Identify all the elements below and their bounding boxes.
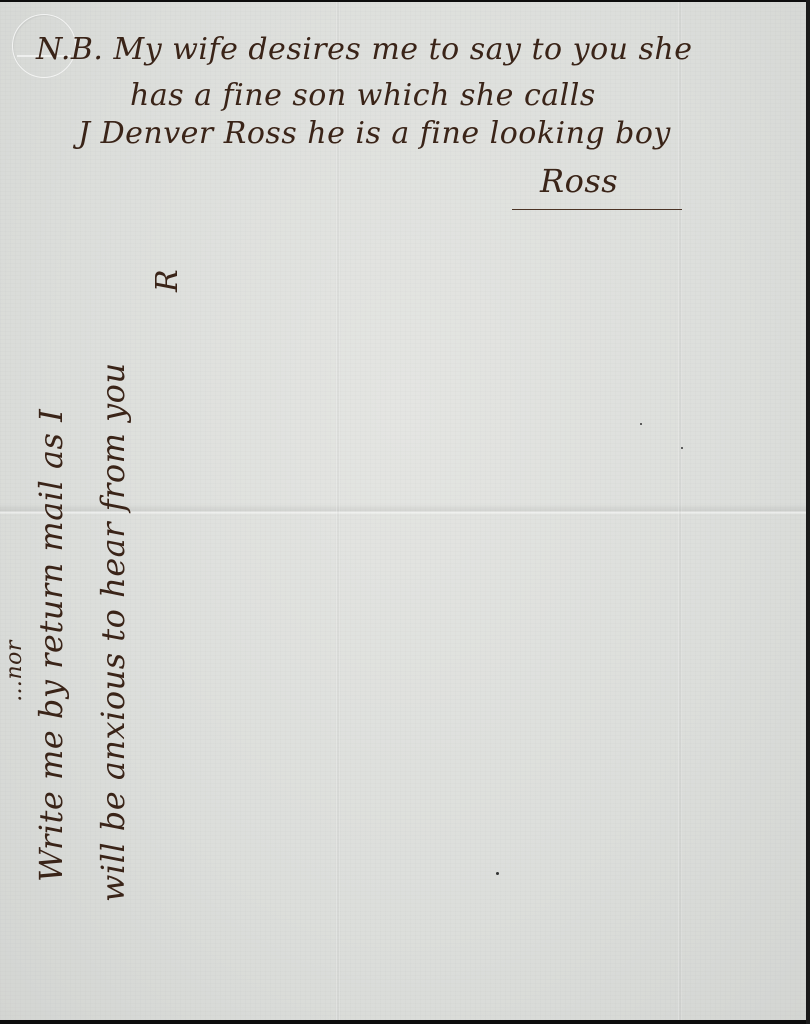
marginal-note-line-2: will be anxious to hear from you xyxy=(94,362,132,902)
ink-speck xyxy=(640,423,642,425)
postscript-line-1: N.B. My wife desires me to say to you sh… xyxy=(36,32,692,67)
edge-fragment: …nor xyxy=(2,640,27,702)
signature: Ross xyxy=(540,162,618,200)
postscript-line-3: J Denver Ross he is a fine looking boy xyxy=(78,116,671,151)
scan-edge-right xyxy=(806,0,810,1024)
vertical-fold-right xyxy=(678,2,682,1020)
ink-speck xyxy=(496,872,499,875)
ink-speck xyxy=(681,447,683,449)
marginal-note-initial: R xyxy=(150,269,185,292)
marginal-note-line-1: Write me by return mail as I xyxy=(32,409,70,882)
signature-underline xyxy=(512,209,682,210)
letter-paper: N.B. My wife desires me to say to you sh… xyxy=(0,2,806,1020)
postscript-line-2: has a fine son which she calls xyxy=(130,78,596,113)
scan-canvas: N.B. My wife desires me to say to you sh… xyxy=(0,0,810,1024)
vertical-fold-left xyxy=(336,2,340,1020)
